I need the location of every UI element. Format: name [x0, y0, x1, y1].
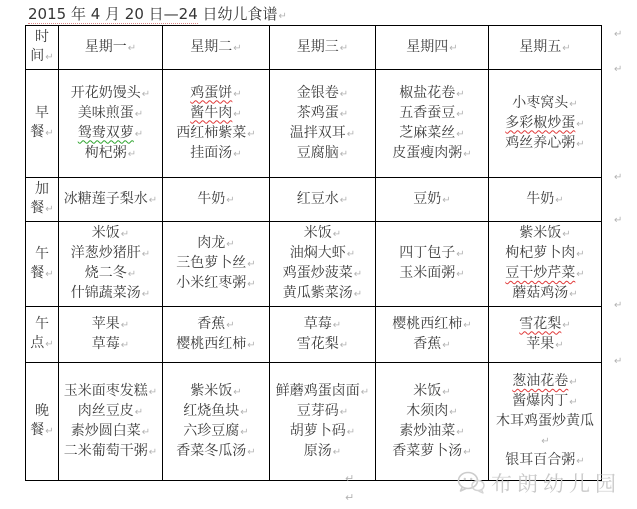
watermark-text: 布朗幼儿园 [491, 468, 621, 498]
menu-row: 午点↵苹果↵草莓↵香蕉↵樱桃西红柿↵草莓↵雪花梨↵樱桃西红柿↵香蕉↵雪花梨↵苹果… [26, 307, 602, 363]
dish-line: 五香蚕豆↵ [380, 104, 484, 124]
day-header: 星期二↵ [163, 26, 270, 70]
dish-text: 胡萝卜码 [290, 423, 346, 439]
dish-text: 鸡蛋饼 [190, 85, 232, 101]
dish-line: 小米红枣粥↵ [167, 274, 265, 294]
dish-line: 黄瓜紫菜汤↵ [274, 284, 371, 304]
paragraph-mark-icon: ↵ [562, 320, 570, 331]
dish-text: 冰糖莲子梨水 [64, 191, 148, 207]
paragraph-mark-icon: ↵ [555, 195, 563, 206]
wechat-icon [457, 470, 485, 496]
meal-label: 午点↵ [26, 307, 59, 363]
dish-line: 苹果↵ [63, 315, 158, 335]
dish-line: 豆芽码↵ [274, 402, 371, 422]
dish-text: 米饭 [304, 225, 332, 241]
paragraph-mark-icon: ↵ [576, 119, 584, 130]
dish-line: 烧二冬↵ [63, 264, 158, 284]
menu-cell: 金银卷↵茶鸡蛋↵温拌双耳↵豆腐脑↵ [270, 70, 376, 178]
dish-line: 草莓↵ [63, 335, 158, 355]
dish-line: 素炒油菜↵ [380, 422, 484, 442]
dish-text: 小米红枣粥 [176, 275, 246, 291]
paragraph-mark-icon: ↵ [45, 204, 53, 215]
dish-line: 鸡蛋炒菠菜↵ [274, 264, 371, 284]
dish-line: 金银卷↵ [274, 84, 371, 104]
paragraph-mark-icon: ↵ [562, 229, 570, 240]
dish-text: 挂面汤 [190, 145, 232, 161]
paragraph-mark-icon: ↵ [142, 427, 150, 438]
menu-cell: 红豆水↵ [270, 178, 376, 222]
dish-line: 枸杞粥↵ [63, 144, 158, 164]
paragraph-mark-icon: ↵ [614, 356, 622, 367]
dish-line: 洋葱炒猪肝↵ [63, 244, 158, 264]
dish-text: 木须肉 [406, 403, 448, 419]
dish-text: 枸杞萝卜肉 [505, 245, 575, 261]
dish-line: 鸳鸯双萝↵ [63, 124, 158, 144]
corner-label-time: 时间↵ [26, 26, 59, 70]
menu-cell: 四丁包子↵玉米面粥↵ [376, 222, 489, 307]
dish-text: 小枣窝头 [512, 95, 568, 111]
dish-line: 皮蛋瘦肉粥↵ [380, 144, 484, 164]
paragraph-mark-icon: ↵ [340, 149, 348, 160]
paragraph-mark-icon: ↵ [128, 43, 136, 54]
paragraph-mark-icon: ↵ [347, 129, 355, 140]
paragraph-mark-icon: ↵ [247, 259, 255, 270]
dish-text: 豆干炒芹菜 [505, 265, 575, 281]
paragraph-mark-icon: ↵ [247, 340, 255, 351]
dish-line: 温拌双耳↵ [274, 124, 371, 144]
paragraph-mark-icon: ↵ [233, 43, 241, 54]
dish-text: 豆腐脑 [297, 145, 339, 161]
paragraph-mark-icon: ↵ [45, 426, 53, 437]
dish-text: 酱牛肉 [190, 105, 232, 121]
menu-table: 时间↵星期一↵星期二↵星期三↵星期四↵星期五↵早餐↵开花奶馒头↵美味煎蛋↵鸳鸯双… [25, 25, 602, 481]
paragraph-mark-icon: ↵ [569, 289, 577, 300]
dish-text: 木耳鸡蛋炒黄瓜 [496, 413, 594, 429]
menu-cell: 苹果↵草莓↵ [59, 307, 163, 363]
paragraph-mark-icon: ↵ [233, 109, 241, 120]
menu-cell: 牛奶↵ [163, 178, 270, 222]
menu-cell: 米饭↵洋葱炒猪肝↵烧二冬↵什锦蔬菜汤↵ [59, 222, 163, 307]
dish-line: 小枣窝头↵ [493, 94, 597, 114]
paragraph-mark-icon: ↵ [340, 89, 348, 100]
dish-line: 牛奶↵ [167, 190, 265, 210]
menu-cell: 樱桃西红柿↵香蕉↵ [376, 307, 489, 363]
dish-text: 香蕉 [413, 336, 441, 352]
dish-text: 香菜冬瓜汤 [176, 443, 246, 459]
dish-line: 香蕉↵ [167, 315, 265, 335]
dish-text: 玉米面粥 [399, 265, 455, 281]
paragraph-mark-icon: ↵ [226, 320, 234, 331]
paragraph-mark-icon: ↵ [541, 436, 549, 447]
dish-line: 枸杞萝卜肉↵ [493, 244, 597, 264]
dish-line: 樱桃西红柿↵ [167, 335, 265, 355]
dish-text: 银耳百合粥 [505, 452, 575, 468]
dish-line: 紫米饭↵ [493, 224, 597, 244]
menu-row: 午餐↵米饭↵洋葱炒猪肝↵烧二冬↵什锦蔬菜汤↵肉龙↵三色萝卜丝↵小米红枣粥↵米饭↵… [26, 222, 602, 307]
paragraph-mark-icon: ↵ [149, 387, 157, 398]
paragraph-mark-icon: ↵ [135, 109, 143, 120]
dish-text: 红烧鱼块 [183, 403, 239, 419]
menu-cell: 紫米饭↵红烧鱼块↵六珍豆腐↵香菜冬瓜汤↵ [163, 363, 270, 481]
dish-text: 多彩椒炒蛋 [505, 115, 575, 131]
paragraph-mark-icon: ↵ [340, 195, 348, 206]
paragraph-mark-icon: ↵ [576, 269, 584, 280]
dish-line: 樱桃西红柿↵ [380, 315, 484, 335]
dish-line: 蘑菇鸡汤↵ [493, 284, 597, 304]
dish-text: 米饭 [92, 225, 120, 241]
paragraph-mark-icon: ↵ [135, 407, 143, 418]
dish-text: 雪花梨 [297, 336, 339, 352]
paragraph-mark-icon: ↵ [333, 229, 341, 240]
paragraph-mark-icon: ↵ [345, 491, 354, 504]
dish-text: 原汤 [304, 443, 332, 459]
day-header: 星期四↵ [376, 26, 489, 70]
paragraph-mark-icon: ↵ [149, 195, 157, 206]
paragraph-mark-icon: ↵ [233, 149, 241, 160]
paragraph-mark-icon: ↵ [333, 320, 341, 331]
header-row: 时间↵星期一↵星期二↵星期三↵星期四↵星期五↵ [26, 26, 602, 70]
dish-line: 油焖大虾↵ [274, 244, 371, 264]
dish-line: 米饭↵ [63, 224, 158, 244]
paragraph-mark-icon: ↵ [449, 43, 457, 54]
paragraph-mark-icon: ↵ [354, 269, 362, 280]
menu-cell: 小枣窝头↵多彩椒炒蛋↵鸡丝养心粥↵ [489, 70, 602, 178]
menu-cell: 冰糖莲子梨水↵ [59, 178, 163, 222]
dish-text: 枸杞粥 [85, 145, 127, 161]
dish-line: 木须肉↵ [380, 402, 484, 422]
dish-line: 红烧鱼块↵ [167, 402, 265, 422]
paragraph-mark-icon: ↵ [135, 129, 143, 140]
meal-label: 早餐↵ [26, 70, 59, 178]
paragraph-mark-icon: ↵ [233, 387, 241, 398]
paragraph-mark-icon: ↵ [347, 427, 355, 438]
paragraph-mark-icon: ↵ [247, 447, 255, 458]
dish-line: 酱牛肉↵ [167, 104, 265, 124]
dish-line: 素炒圆白菜↵ [63, 422, 158, 442]
dish-text: 温拌双耳 [290, 125, 346, 141]
paragraph-mark-icon: ↵ [149, 447, 157, 458]
dish-text: 草莓 [304, 316, 332, 332]
dish-text: 油焖大虾 [290, 245, 346, 261]
dish-text: 六珍豆腐 [183, 423, 239, 439]
dish-text: 芝麻菜丝 [399, 125, 455, 141]
dish-line: 香菜萝卜汤↵ [380, 442, 484, 462]
dish-line: 紫米饭↵ [167, 382, 265, 402]
dish-text: 香菜萝卜汤 [392, 443, 462, 459]
menu-cell: 米饭↵木须肉↵素炒油菜↵香菜萝卜汤↵ [376, 363, 489, 481]
paragraph-mark-icon: ↵ [45, 128, 53, 139]
dish-text: 樱桃西红柿 [176, 336, 246, 352]
paragraph-mark-icon: ↵ [614, 300, 622, 311]
meal-label: 午餐↵ [26, 222, 59, 307]
dish-line: 椒盐花卷↵ [380, 84, 484, 104]
paragraph-mark-icon: ↵ [142, 289, 150, 300]
menu-row: 早餐↵开花奶馒头↵美味煎蛋↵鸳鸯双萝↵枸杞粥↵鸡蛋饼↵酱牛肉↵西红柿紫菜↵挂面汤… [26, 70, 602, 178]
dish-line: 牛奶↵ [493, 190, 597, 210]
paragraph-mark-icon: ↵ [456, 249, 464, 260]
menu-cell: 雪花梨↵苹果↵ [489, 307, 602, 363]
kindergarten-watermark: 布朗幼儿园 [457, 468, 621, 498]
page-title: 2015 年 4 月 20 日—24 日幼儿食谱↵ [28, 3, 287, 24]
dish-line: 葱油花卷↵ [493, 372, 597, 392]
dish-text: 开花奶馒头 [71, 85, 141, 101]
dish-text: 三色萝卜丝 [176, 255, 246, 271]
paragraph-mark-icon: ↵ [456, 427, 464, 438]
paragraph-mark-icon: ↵ [614, 172, 622, 183]
dish-text: 茶鸡蛋 [297, 105, 339, 121]
meal-label: 加餐↵ [26, 178, 59, 222]
paragraph-mark-icon: ↵ [142, 89, 150, 100]
paragraph-mark-icon: ↵ [121, 340, 129, 351]
paragraph-mark-icon: ↵ [463, 149, 471, 160]
dish-text: 苹果 [526, 336, 554, 352]
dish-line: 胡萝卜码↵ [274, 422, 371, 442]
dish-line: 玉米面枣发糕↵ [63, 382, 158, 402]
paragraph-mark-icon: ↵ [463, 447, 471, 458]
dish-text: 二米葡萄干粥 [64, 443, 148, 459]
menu-cell: 香蕉↵樱桃西红柿↵ [163, 307, 270, 363]
day-header: 星期一↵ [59, 26, 163, 70]
paragraph-mark-icon: ↵ [240, 427, 248, 438]
paragraph-mark-icon: ↵ [142, 249, 150, 260]
dish-line: 什锦蔬菜汤↵ [63, 284, 158, 304]
dish-line: 雪花梨↵ [274, 335, 371, 355]
dish-text: 草莓 [92, 336, 120, 352]
dish-line: 开花奶馒头↵ [63, 84, 158, 104]
dish-line: 香菜冬瓜汤↵ [167, 442, 265, 462]
paragraph-mark-icon: ↵ [247, 129, 255, 140]
dish-text: 什锦蔬菜汤 [71, 285, 141, 301]
paragraph-mark-icon: ↵ [226, 239, 234, 250]
dish-text: 豆芽码 [297, 403, 339, 419]
dish-line: 红豆水↵ [274, 190, 371, 210]
paragraph-mark-icon: ↵ [45, 269, 53, 280]
paragraph-mark-icon: ↵ [576, 456, 584, 467]
menu-cell: 草莓↵雪花梨↵ [270, 307, 376, 363]
dish-text: 牛奶 [197, 191, 225, 207]
paragraph-mark-icon: ↵ [562, 43, 570, 54]
paragraph-mark-icon: ↵ [569, 377, 577, 388]
dish-text: 四丁包子 [399, 245, 455, 261]
dish-text: 肉丝豆皮 [78, 403, 134, 419]
menu-row: 加餐↵冰糖莲子梨水↵牛奶↵红豆水↵豆奶↵牛奶↵ [26, 178, 602, 222]
dish-line: 芝麻菜丝↵ [380, 124, 484, 144]
paragraph-mark-icon: ↵ [121, 320, 129, 331]
document-page: 2015 年 4 月 20 日—24 日幼儿食谱↵ 时间↵星期一↵星期二↵星期三… [0, 0, 637, 509]
paragraph-mark-icon: ↵ [576, 249, 584, 260]
dish-text: 素炒圆白菜 [71, 423, 141, 439]
paragraph-mark-icon: ↵ [456, 89, 464, 100]
paragraph-mark-icon: ↵ [340, 109, 348, 120]
paragraph-mark-icon: ↵ [45, 339, 53, 350]
dish-line: 鸡蛋饼↵ [167, 84, 265, 104]
paragraph-mark-icon: ↵ [569, 397, 577, 408]
dish-text: 雪花梨 [519, 316, 561, 332]
dish-text: 香蕉 [197, 316, 225, 332]
dish-line: 原汤↵ [274, 442, 371, 462]
dish-text: 烧二冬 [85, 265, 127, 281]
day-header: 星期三↵ [270, 26, 376, 70]
paragraph-mark-icon: ↵ [45, 52, 53, 63]
paragraph-mark-icon: ↵ [361, 387, 369, 398]
meal-label: 晚餐↵ [26, 363, 59, 481]
dish-text: 五香蚕豆 [399, 105, 455, 121]
dish-line: 西红柿紫菜↵ [167, 124, 265, 144]
dish-line: 鲜蘑鸡蛋卤面↵ [274, 382, 371, 402]
dish-line: 豆奶↵ [380, 190, 484, 210]
paragraph-mark-icon: ↵ [614, 29, 622, 40]
paragraph-mark-icon: ↵ [345, 472, 354, 485]
menu-cell: 开花奶馒头↵美味煎蛋↵鸳鸯双萝↵枸杞粥↵ [59, 70, 163, 178]
paragraph-mark-icon: ↵ [354, 289, 362, 300]
dish-line: 冰糖莲子梨水↵ [63, 190, 158, 210]
menu-cell: 玉米面枣发糕↵肉丝豆皮↵素炒圆白菜↵二米葡萄干粥↵ [59, 363, 163, 481]
dish-text: 黄瓜紫菜汤 [283, 285, 353, 301]
paragraph-mark-icon: ↵ [226, 195, 234, 206]
menu-cell: 紫米饭↵枸杞萝卜肉↵豆干炒芹菜↵蘑菇鸡汤↵ [489, 222, 602, 307]
paragraph-mark-icon: ↵ [121, 229, 129, 240]
dish-text: 蘑菇鸡汤 [512, 285, 568, 301]
dish-line: 四丁包子↵ [380, 244, 484, 264]
dish-line: 玉米面粥↵ [380, 264, 484, 284]
dish-text: 洋葱炒猪肝 [71, 245, 141, 261]
dish-text: 西红柿紫菜 [176, 125, 246, 141]
paragraph-mark-icon: ↵ [240, 407, 248, 418]
menu-cell: 牛奶↵ [489, 178, 602, 222]
dish-text: 肉龙 [197, 235, 225, 251]
dish-line: 木耳鸡蛋炒黄瓜↵ [493, 412, 597, 451]
dish-line: 二米葡萄干粥↵ [63, 442, 158, 462]
dish-line: 鸡丝养心粥↵ [493, 134, 597, 154]
menu-cell: 鸡蛋饼↵酱牛肉↵西红柿紫菜↵挂面汤↵ [163, 70, 270, 178]
dish-text: 酱爆肉丁 [512, 393, 568, 409]
dish-line: 挂面汤↵ [167, 144, 265, 164]
dish-line: 米饭↵ [380, 382, 484, 402]
dish-text: 苹果 [92, 316, 120, 332]
paragraph-mark-icon: ↵ [576, 139, 584, 150]
paragraph-mark-icon: ↵ [569, 99, 577, 110]
dish-text: 鲜蘑鸡蛋卤面 [276, 383, 360, 399]
dish-text: 牛奶 [526, 191, 554, 207]
paragraph-mark-icon: ↵ [442, 387, 450, 398]
dish-line: 六珍豆腐↵ [167, 422, 265, 442]
dish-text: 玉米面枣发糕 [64, 383, 148, 399]
dish-text: 樱桃西红柿 [392, 316, 462, 332]
dish-line: 豆腐脑↵ [274, 144, 371, 164]
dish-text: 椒盐花卷 [399, 85, 455, 101]
dish-line: 草莓↵ [274, 315, 371, 335]
dish-text: 紫米饭 [519, 225, 561, 241]
title-rest-part: 日幼儿食谱 [198, 5, 278, 23]
dish-text: 美味煎蛋 [78, 105, 134, 121]
paragraph-mark-icon: ↵ [247, 279, 255, 290]
dish-line: 三色萝卜丝↵ [167, 254, 265, 274]
paragraph-mark-icon: ↵ [456, 129, 464, 140]
title-date-part: 2015 年 4 月 20 日—24 [28, 5, 198, 24]
dish-line: 苹果↵ [493, 335, 597, 355]
paragraph-mark-icon: ↵ [128, 269, 136, 280]
paragraph-mark-icon: ↵ [340, 43, 348, 54]
dish-line: 多彩椒炒蛋↵ [493, 114, 597, 134]
dish-line: 美味煎蛋↵ [63, 104, 158, 124]
dish-line: 米饭↵ [274, 224, 371, 244]
menu-cell: 豆奶↵ [376, 178, 489, 222]
dish-text: 皮蛋瘦肉粥 [392, 145, 462, 161]
paragraph-mark-icon: ↵ [463, 320, 471, 331]
menu-cell: 米饭↵油焖大虾↵鸡蛋炒菠菜↵黄瓜紫菜汤↵ [270, 222, 376, 307]
dish-text: 鸡丝养心粥 [505, 135, 575, 151]
dish-line: 肉丝豆皮↵ [63, 402, 158, 422]
dish-line: 豆干炒芹菜↵ [493, 264, 597, 284]
dish-text: 金银卷 [297, 85, 339, 101]
paragraph-mark-icon: ↵ [233, 89, 241, 100]
paragraph-mark-icon: ↵ [442, 195, 450, 206]
paragraph-mark-icon: ↵ [456, 109, 464, 120]
paragraph-mark-icon: ↵ [449, 407, 457, 418]
dish-text: 米饭 [413, 383, 441, 399]
dish-line: 肉龙↵ [167, 234, 265, 254]
paragraph-mark-icon: ↵ [555, 340, 563, 351]
dish-text: 紫米饭 [190, 383, 232, 399]
paragraph-mark-icon: ↵ [456, 269, 464, 280]
dish-text: 鸳鸯双萝 [78, 125, 134, 141]
menu-cell: 椒盐花卷↵五香蚕豆↵芝麻菜丝↵皮蛋瘦肉粥↵ [376, 70, 489, 178]
dish-line: 酱爆肉丁↵ [493, 392, 597, 412]
dish-text: 红豆水 [297, 191, 339, 207]
menu-cell: 鲜蘑鸡蛋卤面↵豆芽码↵胡萝卜码↵原汤↵ [270, 363, 376, 481]
day-header: 星期五↵ [489, 26, 602, 70]
dish-text: 鸡蛋炒菠菜 [283, 265, 353, 281]
dish-line: 茶鸡蛋↵ [274, 104, 371, 124]
paragraph-mark-icon: ↵ [340, 340, 348, 351]
paragraph-mark-icon: ↵ [614, 215, 622, 226]
menu-cell: 肉龙↵三色萝卜丝↵小米红枣粥↵ [163, 222, 270, 307]
paragraph-mark-icon: ↵ [340, 407, 348, 418]
menu-cell: 葱油花卷↵酱爆肉丁↵木耳鸡蛋炒黄瓜↵银耳百合粥↵ [489, 363, 602, 481]
dish-text: 素炒油菜 [399, 423, 455, 439]
paragraph-mark-icon: ↵ [279, 11, 287, 22]
dish-line: 雪花梨↵ [493, 315, 597, 335]
paragraph-mark-icon: ↵ [333, 447, 341, 458]
paragraph-mark-icon: ↵ [442, 340, 450, 351]
dish-text: 豆奶 [413, 191, 441, 207]
paragraph-mark-icon: ↵ [614, 64, 622, 75]
menu-table-body: 时间↵星期一↵星期二↵星期三↵星期四↵星期五↵早餐↵开花奶馒头↵美味煎蛋↵鸳鸯双… [26, 26, 602, 481]
paragraph-mark-icon: ↵ [128, 149, 136, 160]
dish-text: 葱油花卷 [512, 373, 568, 389]
paragraph-mark-icon: ↵ [347, 249, 355, 260]
menu-row: 晚餐↵玉米面枣发糕↵肉丝豆皮↵素炒圆白菜↵二米葡萄干粥↵紫米饭↵红烧鱼块↵六珍豆… [26, 363, 602, 481]
dish-line: 香蕉↵ [380, 335, 484, 355]
